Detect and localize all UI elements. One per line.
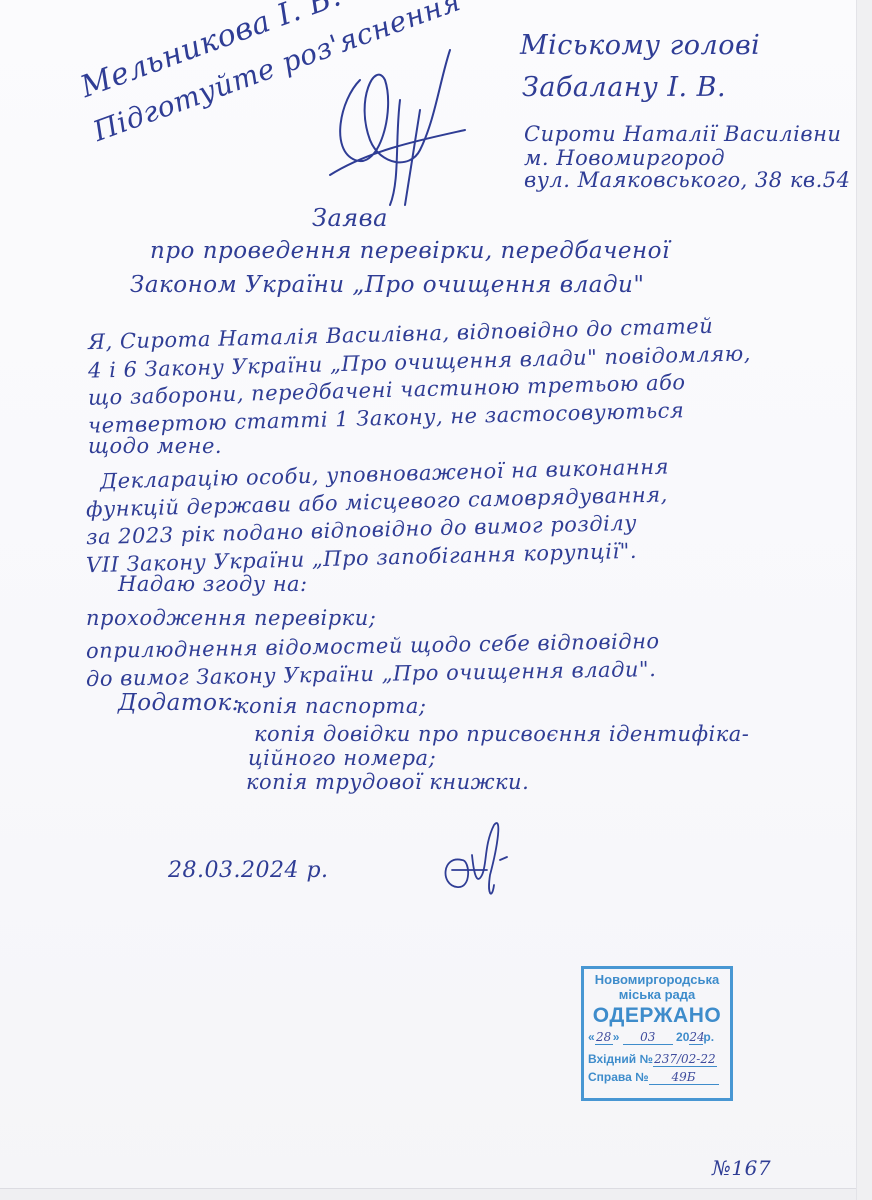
document-title: Заява (312, 204, 388, 232)
applicant-signature-icon (432, 815, 512, 905)
stamp-incoming-row: Вхідний №237/02-22 (588, 1050, 726, 1068)
stamp-org-line2: міська рада (588, 987, 726, 1002)
stamp-incoming-value: 237/02-22 (653, 1052, 717, 1067)
attachment-item: копія паспорта; (236, 694, 426, 718)
page-bottom-edge (0, 1188, 856, 1200)
stamp-date-row: «28» 03 2024р. (588, 1028, 726, 1046)
attachment-item: копія трудової книжки. (246, 770, 529, 794)
stamp-date-day: 28 (595, 1030, 613, 1045)
registration-stamp: Новомиргородська міська рада ОДЕРЖАНО «2… (581, 966, 733, 1101)
applicant-name: Сироти Наталії Василівни (524, 122, 841, 146)
attachments-label: Додаток: (118, 690, 240, 716)
document-subtitle-line1: про проведення перевірки, передбаченої (150, 238, 670, 264)
resolution-signature-icon (300, 40, 470, 210)
stamp-status: ОДЕРЖАНО (588, 1004, 726, 1028)
stamp-year-suffix: 24 (689, 1030, 703, 1045)
addressee-name: Забалану І. В. (522, 72, 726, 103)
attachment-item: ційного номера; (248, 746, 436, 770)
applicant-address: вул. Маяковського, 38 кв.54 (524, 168, 851, 192)
stamp-case-label: Справа № (588, 1070, 649, 1084)
paragraph2-line: проходження перевірки; (86, 606, 376, 630)
applicant-city: м. Новомиргород (524, 146, 725, 170)
attachment-item: копія довідки про присвоєння ідентифіка- (254, 722, 749, 746)
page-edge (856, 0, 872, 1200)
stamp-date-suffix: р. (703, 1030, 714, 1044)
registration-number: №167 (712, 1156, 771, 1180)
stamp-date-month: 03 (623, 1030, 673, 1045)
document-subtitle-line2: Законом України „Про очищення влади" (130, 272, 644, 298)
stamp-year-prefix: 20 (676, 1030, 689, 1044)
addressee-position: Міському голові (520, 30, 760, 61)
stamp-org-line1: Новомиргородська (588, 972, 726, 987)
paragraph2-line: Надаю згоду на: (118, 572, 308, 596)
stamp-case-row: Справа №49Б (588, 1068, 726, 1086)
paragraph1-line: щодо мене. (88, 434, 222, 458)
stamp-incoming-label: Вхідний № (588, 1052, 653, 1066)
document-date: 28.03.2024 р. (168, 858, 329, 883)
stamp-case-value: 49Б (649, 1070, 719, 1085)
